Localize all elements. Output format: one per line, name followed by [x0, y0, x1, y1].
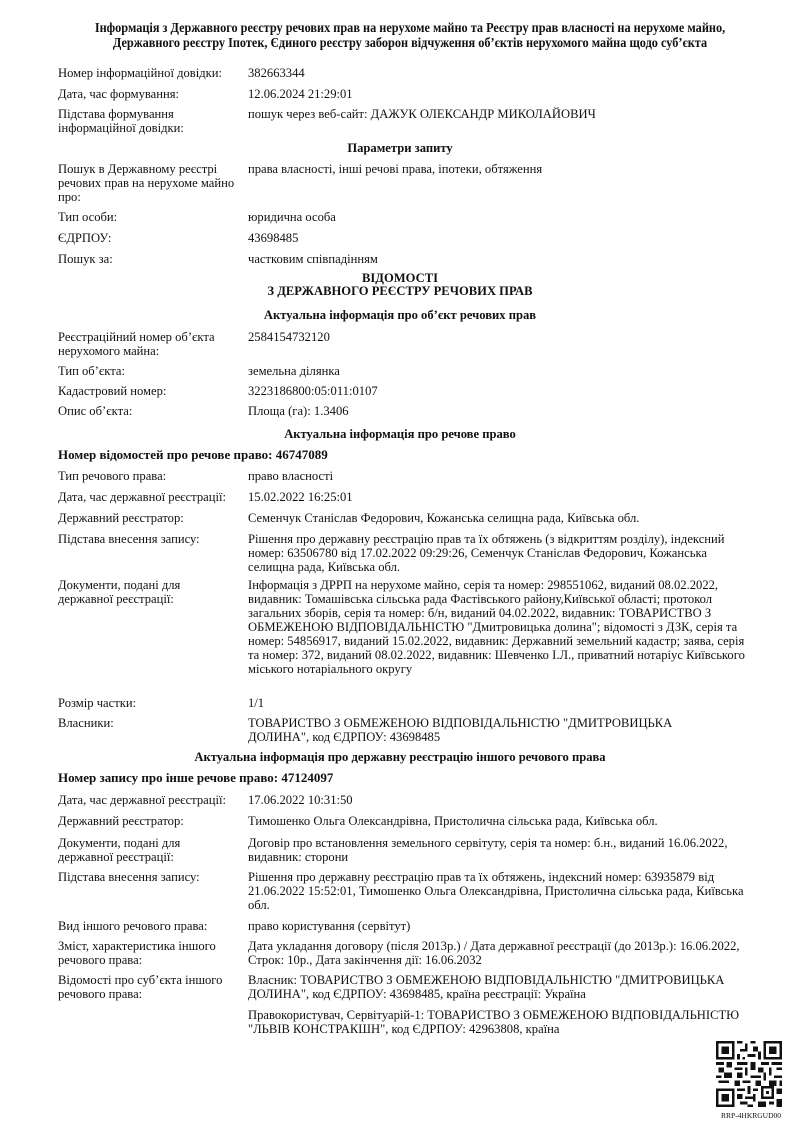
field-value: частковим співпадінням [248, 252, 800, 266]
field-value: Інформація з ДРРП на нерухоме майно, сер… [248, 578, 748, 676]
field-label: Власники: [58, 716, 243, 730]
field-value: Семенчук Станіслав Федорович, Кожанська … [248, 511, 800, 525]
document-title: Інформація з Державного реєстру речових … [47, 20, 772, 50]
field-label: Зміст, характеристика іншого речового пр… [58, 939, 236, 967]
field-value: юридична особа [248, 210, 800, 224]
field-label: Розмір частки: [58, 696, 243, 710]
registry-heading: ВІДОМОСТІ З ДЕРЖАВНОГО РЕЄСТРУ РЕЧОВИХ П… [0, 272, 800, 298]
field-value: Рішення про державну реєстрацію прав та … [248, 870, 748, 912]
field-value: Дата укладання договору (після 2013р.) /… [248, 939, 768, 967]
document-title-line-2: Державного реєстру Іпотек, Єдиного реєст… [47, 35, 772, 50]
field-label: Номер інформаційної довідки: [58, 66, 243, 80]
field-label: Документи, подані для державної реєстрац… [58, 578, 218, 606]
field-value: право користування (сервітут) [248, 919, 800, 933]
field-label: Державний реєстратор: [58, 511, 243, 525]
property-right-record-title: Номер відомостей про речове право: 46747… [58, 448, 328, 462]
registry-heading-line-2: З ДЕРЖАВНОГО РЕЄСТРУ РЕЧОВИХ ПРАВ [0, 285, 800, 298]
field-label: Вид іншого речового права: [58, 919, 243, 933]
field-label: Підстава внесення запису: [58, 870, 243, 884]
field-label: Відомості про суб’єкта іншого речового п… [58, 973, 236, 1001]
field-label: Тип особи: [58, 210, 243, 224]
field-label: Дата, час державної реєстрації: [58, 490, 243, 504]
field-value: пошук через веб-сайт: ДАЖУК ОЛЕКСАНДР МИ… [248, 107, 800, 121]
field-label: Кадастровий номер: [58, 384, 243, 398]
field-value: право власності [248, 469, 800, 483]
field-value: Договір про встановлення земельного серв… [248, 836, 748, 864]
field-label: Опис об’єкта: [58, 404, 243, 418]
field-value: ТОВАРИСТВО З ОБМЕЖЕНОЮ ВІДПОВІДАЛЬНІСТЮ … [248, 716, 718, 744]
field-value: 12.06.2024 21:29:01 [248, 87, 800, 101]
other-right-record-title: Номер запису про інше речове право: 4712… [58, 771, 333, 785]
field-label: Документи, подані для державної реєстрац… [58, 836, 218, 864]
document-title-line-1: Інформація з Державного реєстру речових … [47, 20, 772, 35]
qr-code-icon [716, 1041, 782, 1107]
field-label: Тип речового права: [58, 469, 243, 483]
other-right-heading: Актуальна інформація про державну реєстр… [0, 750, 800, 764]
field-label: Пошук в Державному реєстрі речових прав … [58, 162, 236, 204]
field-value: Власник: ТОВАРИСТВО З ОБМЕЖЕНОЮ ВІДПОВІД… [248, 973, 768, 1001]
field-value: земельна ділянка [248, 364, 800, 378]
query-params-heading: Параметри запиту [0, 141, 800, 155]
field-value: Тимошенко Ольга Олександрівна, Пристолич… [248, 814, 800, 828]
object-heading: Актуальна інформація про об’єкт речових … [0, 308, 800, 322]
field-label: Пошук за: [58, 252, 243, 266]
field-value: права власності, інші речові права, іпот… [248, 162, 800, 176]
qr-code-text: RRP-4HKRGUD00 [718, 1112, 784, 1120]
field-label: Підстава внесення запису: [58, 532, 243, 546]
property-right-heading: Актуальна інформація про речове право [0, 427, 800, 441]
field-value: 43698485 [248, 231, 800, 245]
field-value: 17.06.2022 10:31:50 [248, 793, 800, 807]
field-label: Дата, час формування: [58, 87, 243, 101]
field-value: Правокористувач, Сервітуарій-1: ТОВАРИСТ… [248, 1008, 768, 1036]
field-label: Державний реєстратор: [58, 814, 243, 828]
field-value: 382663344 [248, 66, 800, 80]
field-value: Рішення про державну реєстрацію прав та … [248, 532, 748, 574]
field-value: 3223186800:05:011:0107 [248, 384, 800, 398]
field-label: Підстава формування інформаційної довідк… [58, 107, 208, 135]
field-value: 1/1 [248, 696, 800, 710]
field-label: ЄДРПОУ: [58, 231, 243, 245]
field-label: Реєстраційний номер об’єкта нерухомого м… [58, 330, 238, 358]
document-page: Інформація з Державного реєстру речових … [0, 0, 800, 1132]
field-value: 2584154732120 [248, 330, 800, 344]
field-label: Тип об’єкта: [58, 364, 243, 378]
field-value: Площа (га): 1.3406 [248, 404, 800, 418]
field-value: 15.02.2022 16:25:01 [248, 490, 800, 504]
field-label: Дата, час державної реєстрації: [58, 793, 243, 807]
